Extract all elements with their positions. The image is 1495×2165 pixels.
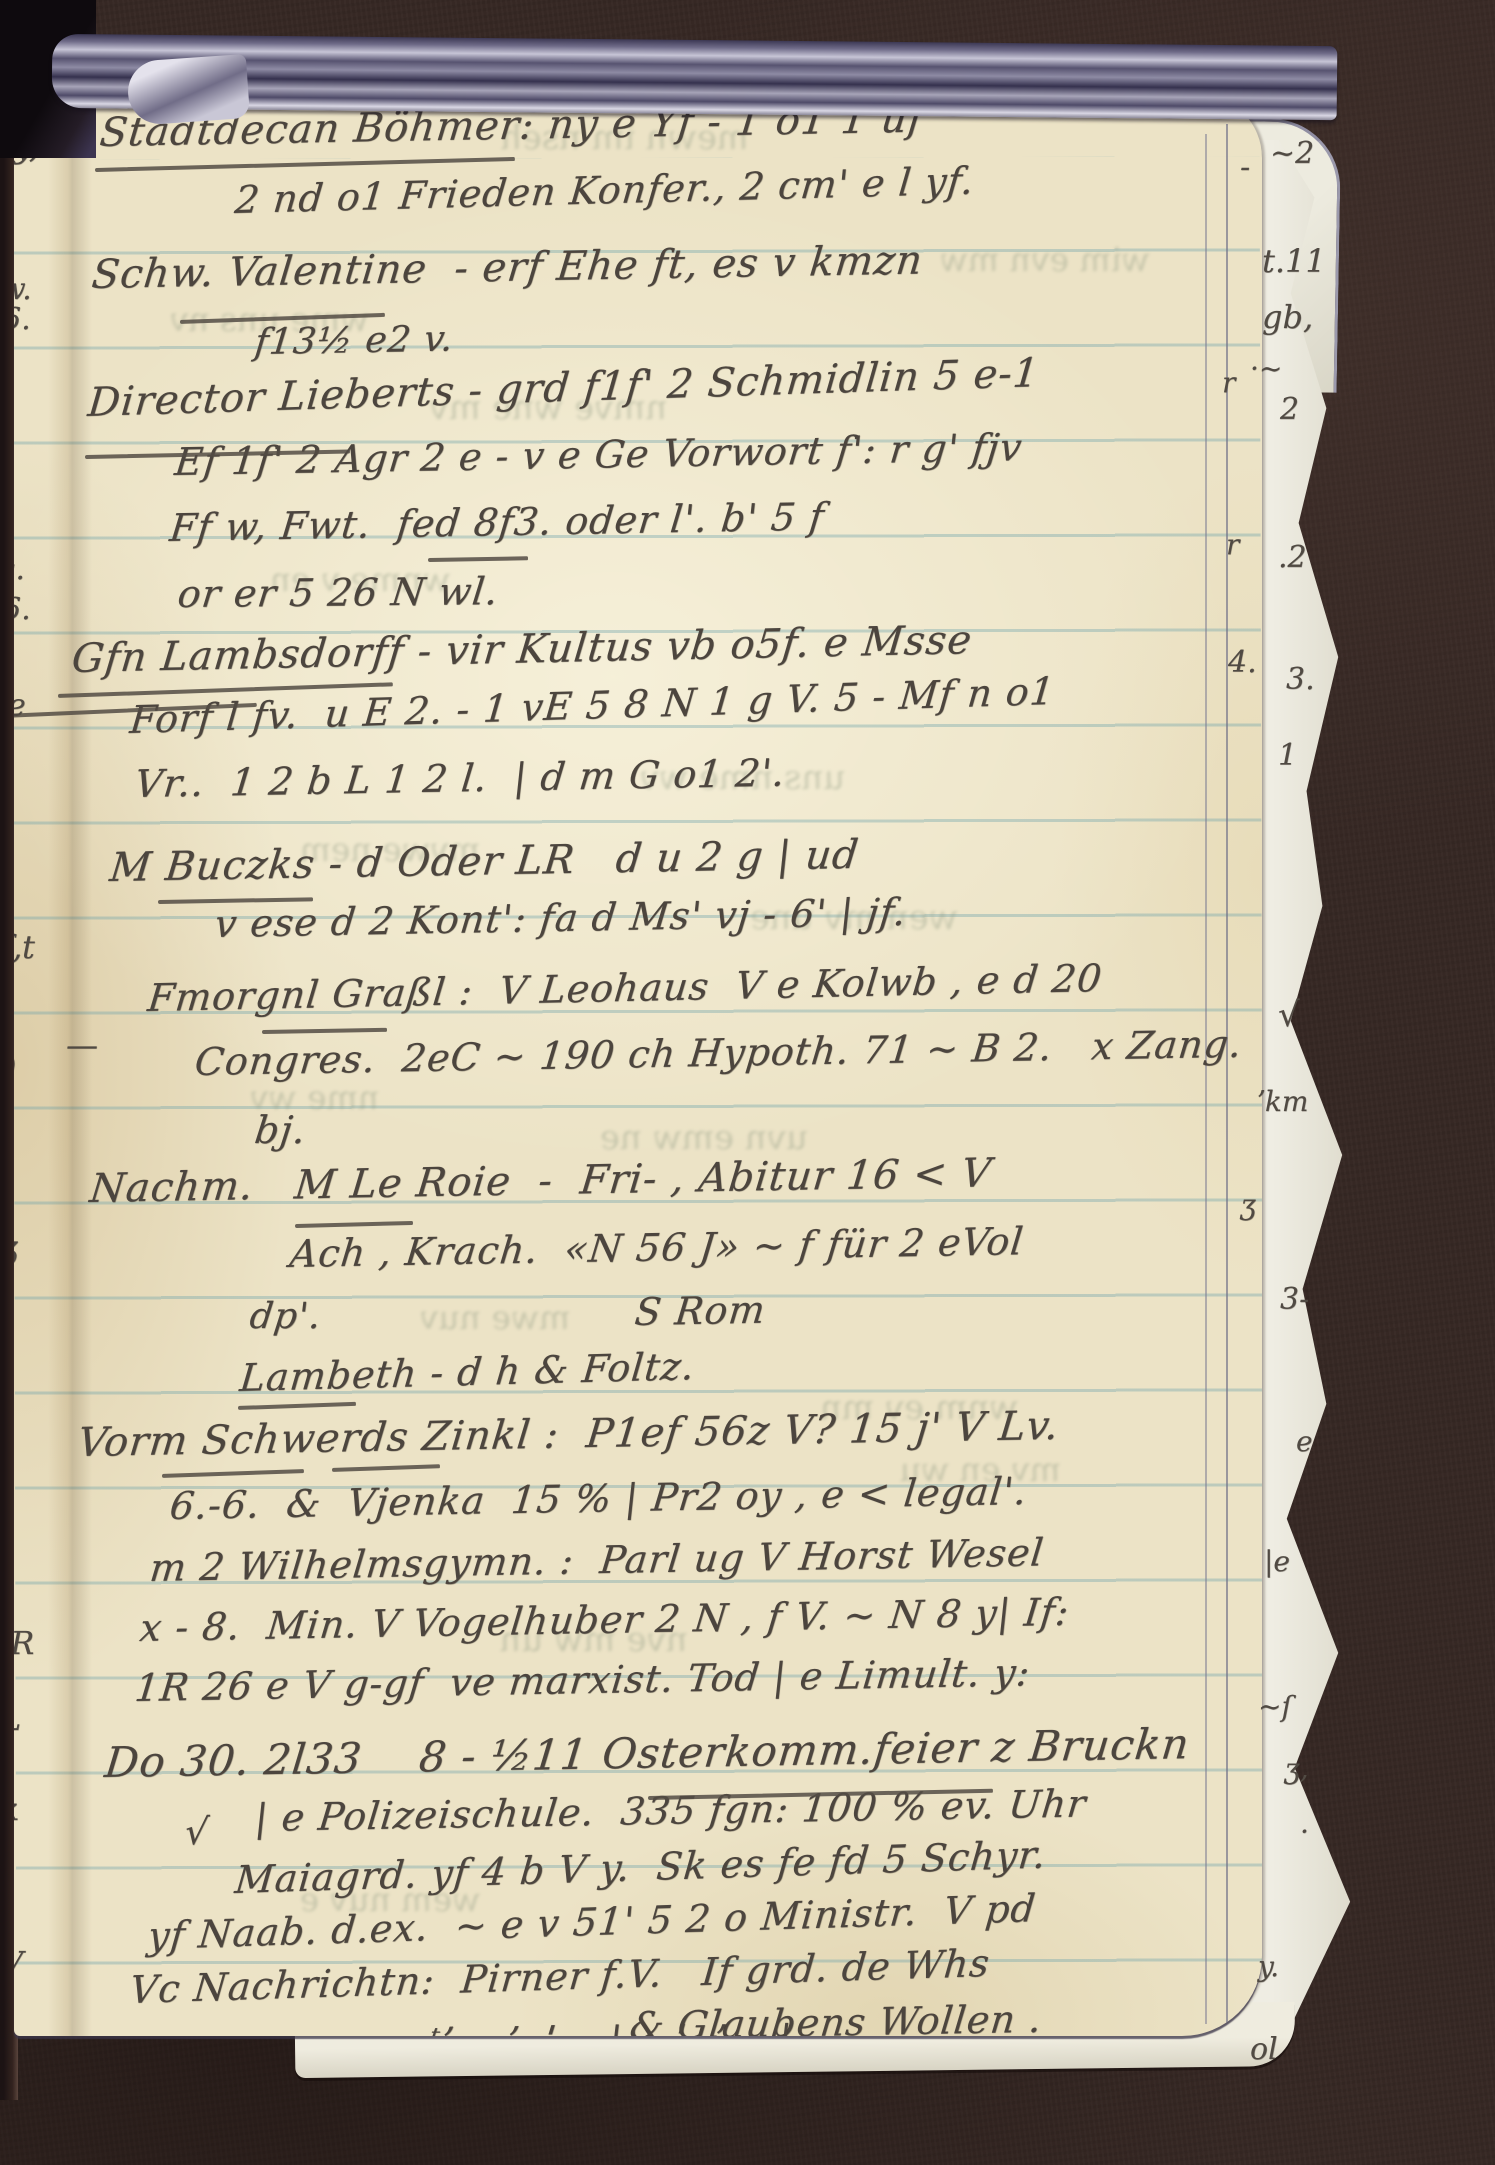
edge-text-fragment: ʼkm bbox=[1256, 1085, 1308, 1118]
gutter-text-fragment: — bbox=[66, 1026, 98, 1064]
gutter-text-fragment: k bbox=[14, 1790, 19, 1828]
edge-text-fragment: 2 bbox=[1280, 392, 1299, 427]
edge-text-fragment: r bbox=[1226, 528, 1239, 561]
handwriting-line: or er 5 26 N wl. bbox=[175, 569, 501, 616]
edge-text-fragment: ol bbox=[1250, 2032, 1278, 2067]
gutter-text-fragment: V bbox=[14, 1944, 23, 1982]
cover-edge-curl bbox=[126, 54, 250, 126]
edge-text-fragment: y. bbox=[1258, 1950, 1279, 1983]
edge-text-fragment: √ bbox=[1278, 995, 1300, 1035]
edge-text-fragment: ʒ, bbox=[1284, 1752, 1309, 1785]
gutter-text-fragment: lR bbox=[14, 1624, 34, 1662]
edge-text-fragment: gb, bbox=[1262, 298, 1313, 336]
gutter-text-fragment: 6. bbox=[14, 592, 31, 627]
edge-text-fragment: ~2 bbox=[1270, 136, 1314, 171]
edge-text-fragment: |e bbox=[1264, 1545, 1290, 1578]
edge-text-fragment: 3. bbox=[1286, 662, 1315, 697]
handwriting-line: ᵗʼ· ··ʼ ˈ· | ˈ··ʼ ·|· bbox=[427, 2017, 807, 2036]
gutter-text-fragment: s. bbox=[14, 552, 25, 587]
edge-text-fragment: - bbox=[1240, 150, 1250, 185]
edge-text-fragment: t.11 bbox=[1262, 242, 1326, 280]
handwriting-line: dp'. bbox=[247, 1296, 323, 1337]
gutter-text-fragment: L bbox=[14, 1700, 21, 1738]
edge-text-fragment: r bbox=[1222, 366, 1235, 399]
photo-background: mewn im nsehwim evn mwwme uns nvnmve wne… bbox=[0, 0, 1495, 2165]
margin-line-inner bbox=[1226, 124, 1228, 2024]
edge-text-fragment: ·~ bbox=[1250, 352, 1282, 385]
edge-text-fragment: 1 bbox=[1278, 738, 1297, 773]
notebook-page: mewn im nsehwim evn mwwme uns nvnmve wne… bbox=[14, 94, 1262, 2036]
edge-text-fragment: .2 bbox=[1278, 540, 1307, 575]
gutter-text-fragment: e bbox=[14, 688, 26, 723]
bleedthrough-ghost-text: mwe nuv bbox=[417, 1298, 575, 1337]
edge-text-fragment: ʒ bbox=[1240, 1188, 1256, 1221]
edge-text-fragment: 3- bbox=[1280, 1282, 1309, 1317]
gutter-text-fragment: ) bbox=[14, 1048, 16, 1086]
edge-text-fragment: e bbox=[1296, 1425, 1313, 1458]
bleedthrough-ghost-text: wim evn mw bbox=[937, 240, 1154, 279]
handwriting-line: √ bbox=[182, 1812, 211, 1853]
gutter-text-fragment: 6. bbox=[14, 302, 31, 337]
edge-text-fragment: · bbox=[1300, 1815, 1309, 1848]
gutter-text-fragment: f‚t bbox=[14, 928, 35, 966]
margin-line-outer bbox=[1205, 134, 1207, 2024]
bleedthrough-ghost-text: uvn emw ne bbox=[596, 1118, 811, 1158]
handwriting-line: bj. bbox=[252, 1108, 309, 1152]
edge-text-fragment: ~ſ bbox=[1258, 1690, 1292, 1723]
handwriting-line: S Rom bbox=[633, 1288, 768, 1334]
handwriting-line: f13½ e2 v. bbox=[253, 318, 456, 363]
edge-text-fragment: 4. bbox=[1228, 645, 1257, 680]
gutter-crease bbox=[48, 94, 92, 2036]
gutter-text-fragment: ʒ bbox=[14, 1228, 18, 1266]
